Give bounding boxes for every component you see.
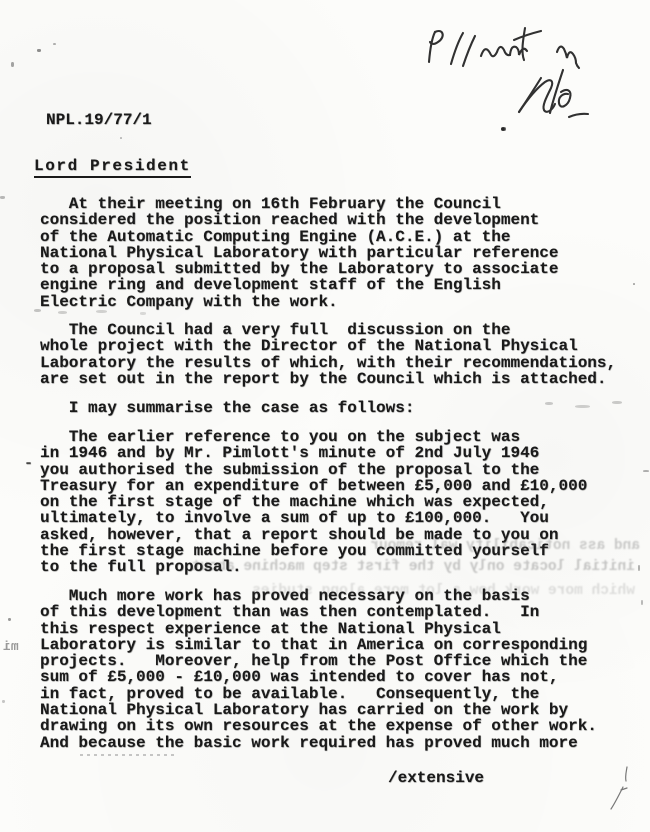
scan-speck — [545, 402, 553, 405]
scan-speck — [0, 196, 5, 199]
ink-stroke — [557, 47, 579, 68]
scan-speck — [58, 311, 67, 314]
paragraph-5: Much more work has proved necessary on t… — [40, 588, 597, 751]
scan-speck — [612, 401, 622, 404]
scan-smear — [80, 754, 175, 756]
salutation: Lord President — [34, 158, 191, 178]
scan-speck — [8, 618, 11, 621]
scan-speck — [37, 49, 41, 52]
ink-stroke — [569, 114, 588, 117]
paragraph-3: I may summarise the case as follows: — [40, 400, 414, 416]
ink-stroke — [481, 47, 527, 57]
ghost-text-line: which more work how a lot more along stu… — [35, 583, 635, 599]
scan-speck — [120, 137, 122, 139]
scan-speck — [53, 43, 56, 45]
handwritten-annotation — [413, 20, 603, 150]
scan-speck — [11, 62, 14, 67]
stray-pen-marks — [603, 763, 645, 811]
scan-speck — [34, 309, 41, 312]
scan-speck — [643, 470, 649, 472]
paragraph-1: At their meeting on 16th February the Co… — [40, 196, 558, 310]
scan-speck — [641, 600, 643, 605]
ink-stroke — [463, 36, 475, 66]
scan-speck — [501, 127, 506, 131]
scan-speck — [2, 700, 5, 703]
ink-stroke — [429, 32, 435, 62]
ghost-text-line: and ass noticability wal remour — [240, 538, 640, 554]
scan-speck — [575, 405, 590, 408]
scan-speck — [633, 283, 635, 285]
continuation-word: /extensive — [388, 770, 484, 786]
ink-stroke — [522, 28, 525, 60]
ghost-text-line: initial locate only by the first step ma… — [35, 559, 635, 575]
scan-speck — [638, 565, 640, 571]
ink-stroke — [559, 90, 571, 107]
paragraph-2: The Council had a very full discussion o… — [40, 322, 616, 387]
scanned-letter-page: NPL.19/77/1 Lord President At their meet… — [0, 0, 650, 832]
margin-ghost-mark: mi — [3, 639, 19, 654]
scan-speck — [96, 310, 107, 313]
margin-dash-mark: - — [24, 456, 33, 472]
ink-stroke — [514, 31, 541, 40]
pen-mark — [626, 767, 627, 781]
document-reference: NPL.19/77/1 — [46, 112, 152, 128]
ink-stroke — [451, 33, 463, 64]
scan-speck — [140, 312, 146, 315]
